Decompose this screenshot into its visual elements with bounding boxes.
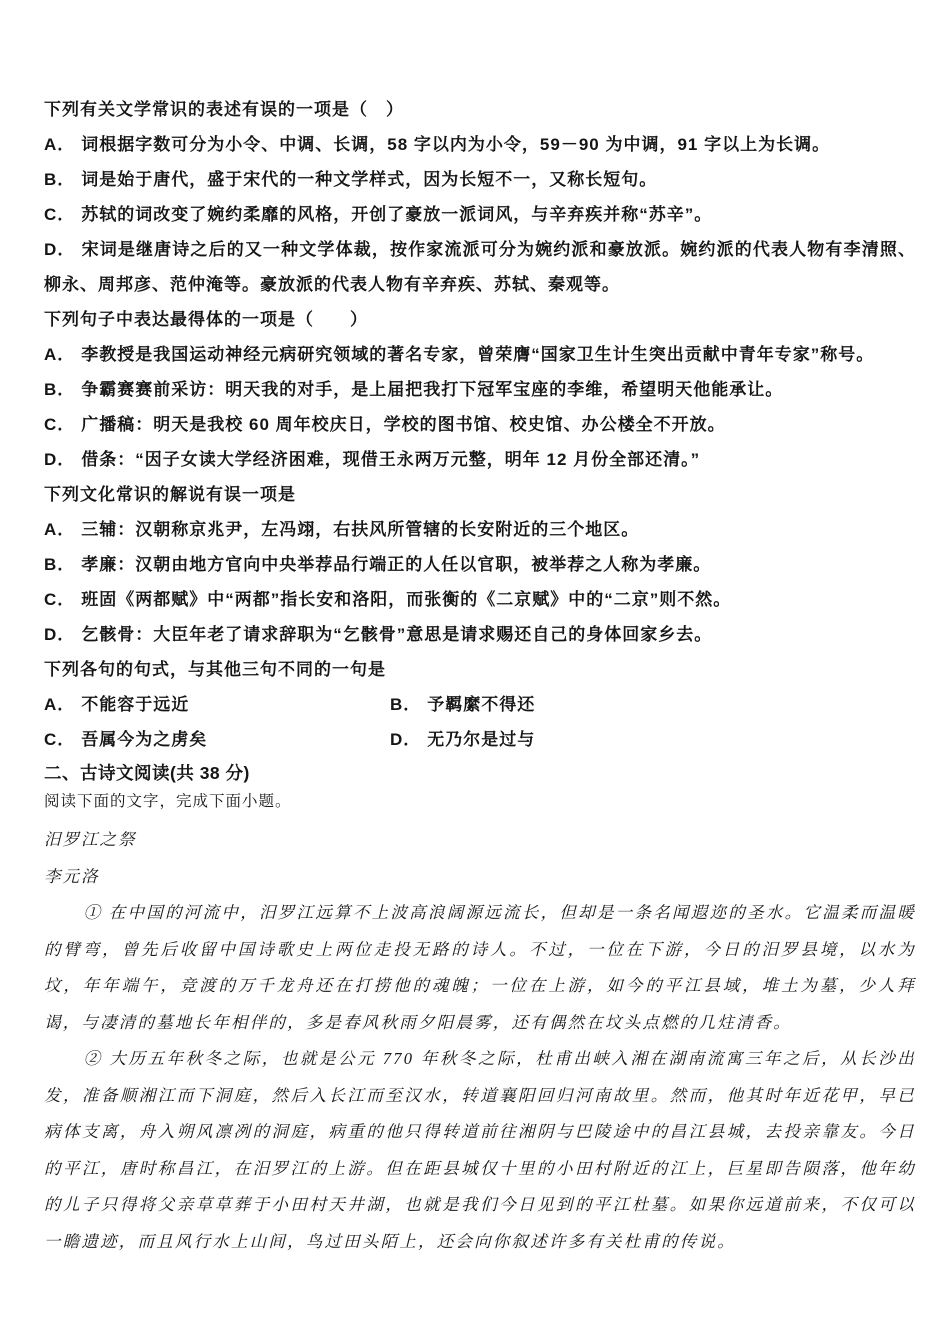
option-label: A． (44, 695, 75, 714)
option-label: D． (390, 730, 421, 749)
option-d: D．无乃尔是过与 (390, 722, 736, 757)
option-text: 苏轼的词改变了婉约柔靡的风格，开创了豪放一派词风，与辛弃疾并称“苏辛”。 (81, 205, 712, 224)
section-heading: 二、古诗文阅读(共 38 分) (44, 759, 916, 788)
question-block-4: 下列各句的句式，与其他三句不同的一句是 A．不能容于远近 B．予羁縻不得还 C．… (44, 652, 916, 757)
option-text: 三辅：汉朝称京兆尹，左冯翊，右扶风所管辖的长安附近的三个地区。 (81, 520, 639, 539)
option-c: C．广播稿：明天是我校 60 周年校庆日，学校的图书馆、校史馆、办公楼全不开放。 (44, 407, 916, 442)
option-label: C． (44, 415, 75, 434)
exam-document-page: 下列有关文学常识的表述有误的一项是（ ） A．词根据字数可分为小令、中调、长调，… (0, 0, 950, 1344)
option-text: 争霸赛赛前采访：明天我的对手，是上届把我打下冠军宝座的李维，希望明天他能承让。 (81, 380, 783, 399)
option-label: B． (390, 695, 421, 714)
option-text: 不能容于远近 (81, 695, 189, 714)
reading-instruction: 阅读下面的文字，完成下面小题。 (44, 788, 916, 816)
question-stem: 下列文化常识的解说有误一项是 (44, 477, 916, 512)
option-text: 李教授是我国运动神经元病研究领域的著名专家，曾荣膺“国家卫生计生突出贡献中青年专… (81, 345, 874, 364)
option-label: B． (44, 555, 75, 574)
option-label: A． (44, 520, 75, 539)
option-label: B． (44, 380, 75, 399)
option-a: A．词根据字数可分为小令、中调、长调，58 字以内为小令，59－90 为中调，9… (44, 127, 916, 162)
option-label: A． (44, 345, 75, 364)
option-label: D． (44, 625, 75, 644)
option-label: D． (44, 240, 76, 259)
option-row: A．不能容于远近 B．予羁縻不得还 (44, 687, 916, 722)
option-text: 乞骸骨：大臣年老了请求辞职为“乞骸骨”意思是请求赐还自己的身体回家乡去。 (81, 625, 712, 644)
option-text: 宋词是继唐诗之后的又一种文学体裁，按作家流派可分为婉约派和豪放派。婉约派的代表人… (44, 240, 916, 294)
option-text: 词是始于唐代，盛于宋代的一种文学样式，因为长短不一，又称长短句。 (81, 170, 657, 189)
option-b: B．孝廉：汉朝由地方官向中央举荐品行端正的人任以官职，被举荐之人称为孝廉。 (44, 547, 916, 582)
question-block-2: 下列句子中表达最得体的一项是（ ） A．李教授是我国运动神经元病研究领域的著名专… (44, 302, 916, 477)
option-b: B．争霸赛赛前采访：明天我的对手，是上届把我打下冠军宝座的李维，希望明天他能承让… (44, 372, 916, 407)
option-d: D．宋词是继唐诗之后的又一种文学体裁，按作家流派可分为婉约派和豪放派。婉约派的代… (44, 232, 916, 302)
option-label: B． (44, 170, 75, 189)
option-label: C． (44, 590, 75, 609)
option-b: B．词是始于唐代，盛于宋代的一种文学样式，因为长短不一，又称长短句。 (44, 162, 916, 197)
option-text: 广播稿：明天是我校 60 周年校庆日，学校的图书馆、校史馆、办公楼全不开放。 (81, 415, 725, 434)
option-a: A．三辅：汉朝称京兆尹，左冯翊，右扶风所管辖的长安附近的三个地区。 (44, 512, 916, 547)
option-a: A．不能容于远近 (44, 687, 390, 722)
option-text: 词根据字数可分为小令、中调、长调，58 字以内为小令，59－90 为中调，91 … (81, 135, 830, 154)
essay-paragraph-1: ① 在中国的河流中，汨罗江远算不上波高浪阔源远流长，但却是一条名闻遐迩的圣水。它… (44, 895, 916, 1041)
question-stem: 下列有关文学常识的表述有误的一项是（ ） (44, 92, 916, 127)
option-label: A． (44, 135, 75, 154)
essay-title: 汨罗江之祭 (44, 821, 916, 858)
option-d: D．乞骸骨：大臣年老了请求辞职为“乞骸骨”意思是请求赐还自己的身体回家乡去。 (44, 617, 916, 652)
option-text: 吾属今为之虏矣 (81, 730, 207, 749)
question-block-1: 下列有关文学常识的表述有误的一项是（ ） A．词根据字数可分为小令、中调、长调，… (44, 92, 916, 302)
option-row: C．吾属今为之虏矣 D．无乃尔是过与 (44, 722, 916, 757)
option-c: C．苏轼的词改变了婉约柔靡的风格，开创了豪放一派词风，与辛弃疾并称“苏辛”。 (44, 197, 916, 232)
option-text: 班固《两都赋》中“两都”指长安和洛阳，而张衡的《二京赋》中的“二京”则不然。 (81, 590, 731, 609)
essay-paragraph-2: ② 大历五年秋冬之际，也就是公元 770 年秋冬之际，杜甫出峡入湘在湖南流寓三年… (44, 1041, 916, 1260)
option-a: A．李教授是我国运动神经元病研究领域的著名专家，曾荣膺“国家卫生计生突出贡献中青… (44, 337, 916, 372)
essay: 汨罗江之祭 李元洛 ① 在中国的河流中，汨罗江远算不上波高浪阔源远流长，但却是一… (44, 821, 916, 1260)
essay-author: 李元洛 (44, 858, 916, 895)
option-c: C．班固《两都赋》中“两都”指长安和洛阳，而张衡的《二京赋》中的“二京”则不然。 (44, 582, 916, 617)
question-stem: 下列各句的句式，与其他三句不同的一句是 (44, 652, 916, 687)
option-d: D．借条：“因子女读大学经济困难，现借王永两万元整，明年 12 月份全部还清。” (44, 442, 916, 477)
option-c: C．吾属今为之虏矣 (44, 722, 390, 757)
option-b: B．予羁縻不得还 (390, 687, 736, 722)
question-block-3: 下列文化常识的解说有误一项是 A．三辅：汉朝称京兆尹，左冯翊，右扶风所管辖的长安… (44, 477, 916, 652)
option-text: 孝廉：汉朝由地方官向中央举荐品行端正的人任以官职，被举荐之人称为孝廉。 (81, 555, 711, 574)
question-stem: 下列句子中表达最得体的一项是（ ） (44, 302, 916, 337)
option-label: C． (44, 730, 75, 749)
option-label: C． (44, 205, 75, 224)
option-label: D． (44, 450, 75, 469)
option-text: 无乃尔是过与 (427, 730, 535, 749)
option-text: 予羁縻不得还 (427, 695, 535, 714)
option-text: 借条：“因子女读大学经济困难，现借王永两万元整，明年 12 月份全部还清。” (81, 450, 700, 469)
